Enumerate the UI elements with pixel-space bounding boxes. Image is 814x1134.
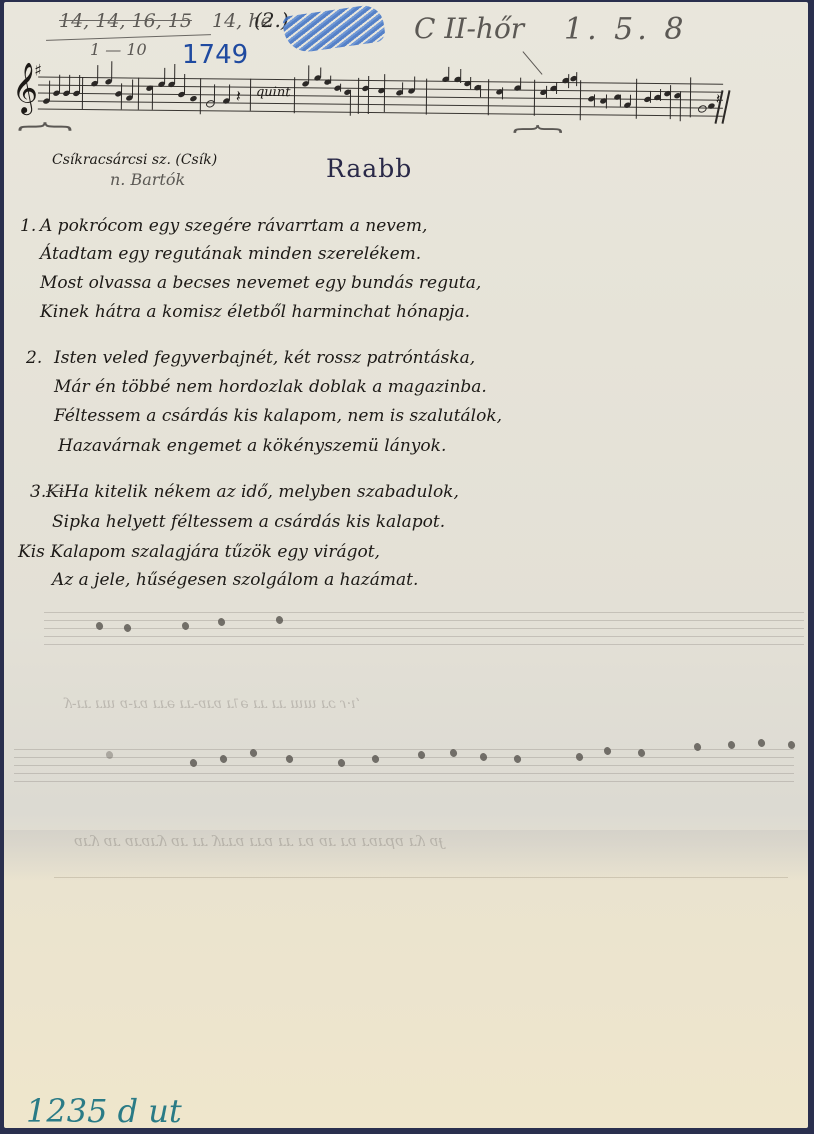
number-sequence: 1. 5. 8 xyxy=(564,12,687,47)
blue-scribble xyxy=(282,3,386,55)
verse-2-line-3: Féltessem a csárdás kis kalapom, nem is … xyxy=(54,406,502,426)
verse-3-number: 3. xyxy=(30,482,46,502)
verse-1-line-2: Átadtam egy regutának minden szerelékem. xyxy=(40,244,421,264)
verse-3-line-4: Az a jele, hűségesen szolgálom a hazámat… xyxy=(52,570,418,590)
sharp-icon: ♯ xyxy=(34,60,42,79)
pointer-line xyxy=(522,51,542,75)
verse-3-line-1: Ha kitelik nékem az idő, melyben szabadu… xyxy=(64,482,459,502)
brace-mark-2: { xyxy=(509,123,571,136)
bleed-through-text-1: ʻı·ɾ ɔɹ ɯɯ ɹɹ ɹɹ ǝ˥ɹ ɐɹɐ-ɹɹ ǝɹɹ ɐɹ-ɐ ɯɹ … xyxy=(64,696,360,712)
classification: C II-hőr xyxy=(414,12,524,45)
paper-crease xyxy=(54,877,788,878)
melody-annotation: quint xyxy=(256,85,291,100)
singer-name: Raabb xyxy=(326,154,412,183)
manuscript-page: 14, 14, 16, 15 14, he (2.) 1 — 10 1749 C… xyxy=(4,2,808,1128)
verse-1-line-3: Most olvassa a becses nevemet egy bundás… xyxy=(40,273,481,293)
bleed-through-staff-2 xyxy=(14,747,794,783)
location-note: Csíkracsárcsi sz. (Csík) xyxy=(52,152,217,168)
struck-numbers: 14, 14, 16, 15 xyxy=(59,10,192,32)
verse-3-line-3: Kis Kalapom szalagjára tűzök egy virágot… xyxy=(18,542,380,562)
rest-icon: 𝄽 xyxy=(236,87,241,107)
verse-1-line-1: A pokrócom egy szegére rávarrtam a nevem… xyxy=(40,216,427,236)
brace-mark-1: { xyxy=(13,120,78,134)
verse-1-number: 1. xyxy=(20,216,36,236)
double-bar-icon xyxy=(716,90,730,124)
catalog-number: 1749 xyxy=(182,40,248,70)
verse-3-line-2: Sipka helyett féltessem a csárdás kis ka… xyxy=(52,512,445,532)
verse-2-line-2: Már én többé nem hordozlak doblak a maga… xyxy=(54,377,487,397)
collector-name: n. Bartók xyxy=(110,170,185,189)
verse-2-line-1: Isten veled fegyverbajnét, két rossz pat… xyxy=(54,348,475,368)
verse-2-number: 2. xyxy=(26,348,42,368)
bleed-through-staff-1 xyxy=(44,610,804,646)
range-mark: 1 — 10 xyxy=(90,40,147,59)
bleed-through-text-2: ɟɐ ʎɹ ɐpɹɐɹ ɐɹ ɹɐ ɐɹ ɹɹ ɐɹɹ ɐɹɹʎ ɹɹ ɹɐ ʎ… xyxy=(74,832,443,850)
melody-staff: 𝄞 ♯ 𝄽 quint xyxy=(18,68,723,119)
verse-3-struck-prefix: Ki xyxy=(46,482,64,502)
verse-2-line-4: Hazavárnak engemet a kökényszemü lányok. xyxy=(58,436,446,456)
archive-mark: 1235 d ut xyxy=(26,1092,182,1128)
verse-1-line-4: Kinek hátra a komisz életből harminchat … xyxy=(40,302,470,322)
